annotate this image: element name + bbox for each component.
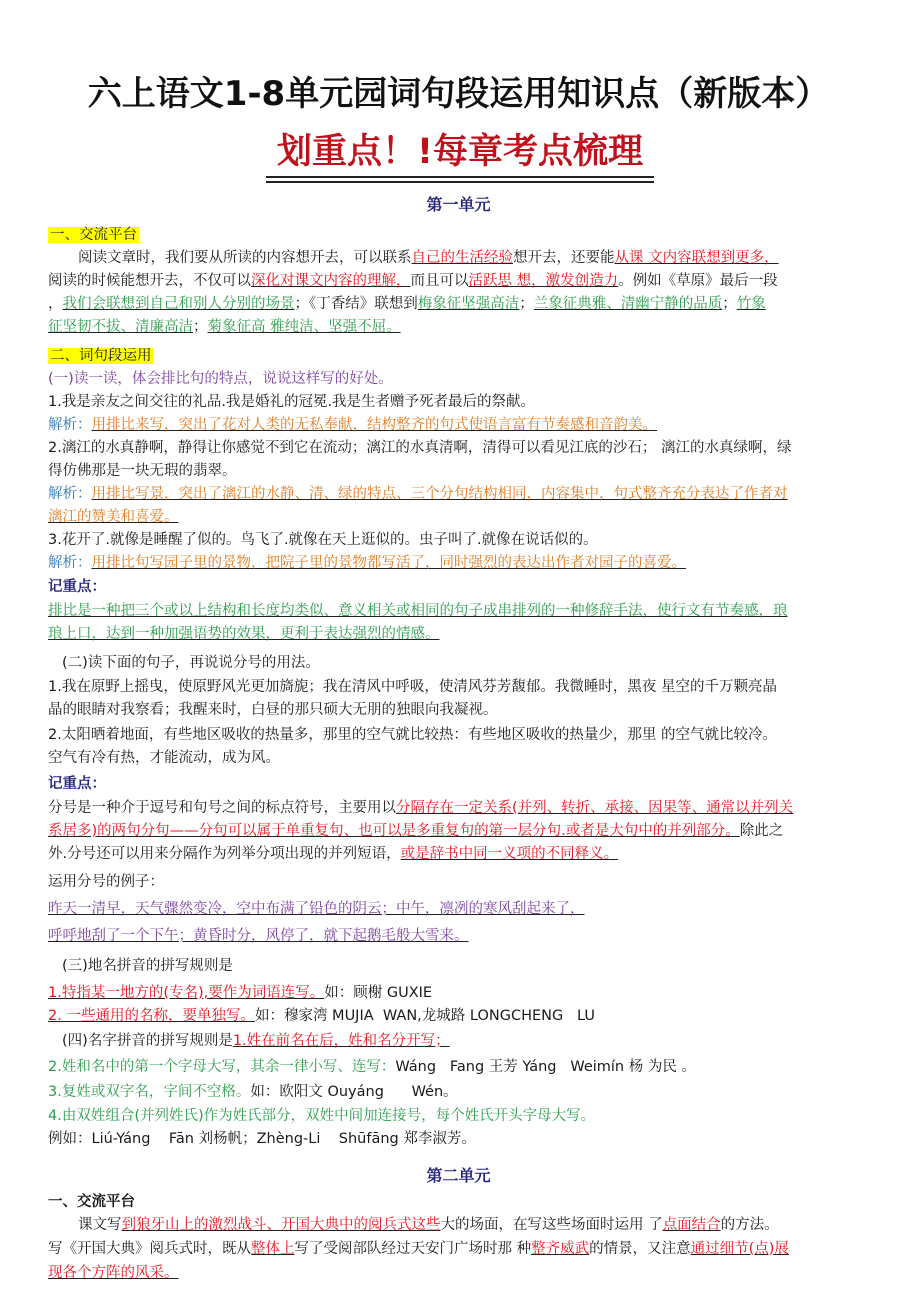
u1-s1-p3: ，我们会联想到自己和别人分别的场景；《丁香结》联想到梅象征坚强高洁；兰象征典雅、… — [48, 293, 870, 316]
key-point-1b: 琅上口，达到一种加强语势的效果，更利于表达强烈的情感。 — [48, 623, 870, 646]
unit1-heading: 第一单元 — [0, 192, 917, 215]
text: 写了受阅部队经过天安门广场时那 种 — [295, 1241, 532, 1257]
u2-s1-heading: 一、交流平台 — [48, 1191, 870, 1214]
highlight-text: 兰象征典雅、清幽宁静的品质 — [534, 296, 723, 312]
example-3: 3.花开了.就像是睡醒了似的。鸟飞了.就像在天上逛似的。虫子叫了.就像在说话似的… — [48, 529, 870, 552]
analysis-3: 解析：用排比句写园子里的景物，把院子里的景物都写活了，同时强烈的表达出作者对园子… — [48, 552, 870, 575]
text: 的方法。 — [721, 1217, 779, 1233]
u2-s1-p1: 课文写到狼牙山上的激烈战斗、开国大典中的阅兵式这些大的场面，在写这些场面时运用 … — [48, 1214, 870, 1237]
highlight-text: 到狼牙山上的激烈战斗、开国大典中的阅兵式这些 — [122, 1217, 441, 1233]
rule-example: 如：穆家湾 MUJIA WAN,龙城路 LONGCHENG LU — [255, 1008, 595, 1024]
key-point-2c: 外.分号还可以用来分隔作为列举分项出现的并列短语，或是辞书中同一义项的不同释义。 — [48, 843, 870, 866]
text: 课文写 — [78, 1217, 122, 1233]
highlight-text: 现各个方阵的风采。 — [48, 1265, 179, 1281]
text: 。例如《草原》最后一段 — [618, 273, 778, 289]
text: 写《开国大典》阅兵式时，既从 — [48, 1241, 251, 1257]
analysis-label: 解析： — [48, 486, 92, 502]
double-underline — [266, 176, 654, 183]
u1-s2-heading-line: 二、词句段运用 — [48, 345, 870, 368]
unit2-heading: 第二单元 — [0, 1163, 917, 1186]
u1-s1-heading: 一、交流平台 — [48, 227, 139, 243]
question-4: (四)名字拼音的拼写规则是1.姓在前名在后，姓和名分开写； — [48, 1030, 884, 1053]
key-point-1a: 排比是一种把三个或以上结构和长度均类似、意义相关或相同的句子成串排列的一种修辞手… — [48, 600, 870, 623]
text: 除此之 — [740, 823, 784, 839]
question-2: (二)读下面的句子，再说说分号的用法。 — [48, 652, 884, 675]
highlight-text: 自己的生活经验 — [412, 250, 514, 266]
highlight-text: 菊象征高 雅纯洁、坚强不屈。 — [208, 319, 401, 335]
semicolon-example-2a: 2.太阳晒着地面，有些地区吸收的热量多，那里的空气就比较热：有些地区吸收的热量少… — [48, 724, 870, 747]
name-rule-example: 例如：Liú-Yáng Fān 刘杨帆；Zhèng-Li Shūfāng 郑李淑… — [48, 1128, 870, 1151]
semicolon-usage-2: 呼呼地刮了一个下午；黄昏时分，风停了，就下起鹅毛般大雪来。 — [48, 925, 870, 948]
example-2b: 得仿佛那是一块无瑕的翡翠。 — [48, 460, 870, 483]
text: 阅读文章时，我们要从所读的内容想开去，可以联系 — [78, 250, 412, 266]
u1-s1-p4: 征坚韧不拔、清廉高洁；菊象征高 雅纯洁、坚强不屈。 — [48, 316, 870, 339]
semicolon-example-1b: 晶的眼睛对我察看；我醒来时，白昼的那只硕大无朋的独眼向我凝视。 — [48, 699, 870, 722]
highlight-text: 深化对课文内容的理解， — [251, 273, 411, 289]
name-rule-2: 2.姓和名中的第一个字母大写，其余一律小写、连写：Wáng Fang 王芳 Yá… — [48, 1056, 870, 1079]
example-1: 1.我是亲友之间交往的礼品.我是婚礼的冠冕.我是生者赠予死者最后的祭献。 — [48, 391, 870, 414]
rule-example: Wáng Fang 王芳 Yáng Weimín 杨 为民 。 — [395, 1059, 696, 1075]
example-text: 呼呼地刮了一个下午；黄昏时分，风停了，就下起鹅毛般大雪来。 — [48, 928, 469, 944]
highlight-text: 点面结合 — [663, 1217, 721, 1233]
highlight-text: 我们会联想到自己和别人分别的场景 — [63, 296, 295, 312]
highlight-text: 征坚韧不拔、清廉高洁 — [48, 319, 193, 335]
text: (四)名字拼音的拼写规则是 — [62, 1033, 233, 1049]
u1-s1-p1: 阅读文章时，我们要从所读的内容想开去，可以联系自己的生活经验想开去，还要能从课 … — [48, 247, 870, 270]
question-1: (一)读一读，体会排比句的特点，说说这样写的好处。 — [48, 368, 870, 391]
key-point-2a: 分号是一种介于逗号和句号之间的标点符号，主要用以分隔存在一定关系(并列、转折、承… — [48, 797, 870, 820]
text: ；《丁香结》联想到 — [295, 296, 418, 312]
highlight-text: 整体上 — [251, 1241, 295, 1257]
key-point-label-2: 记重点： — [48, 773, 870, 796]
page-subtitle: 划重点！!每章考点梳理 — [266, 130, 654, 174]
page-title: 六上语文1-8单元园词句段运用知识点（新版本） — [0, 66, 917, 115]
semicolon-example-2b: 空气有冷有热，才能流动，成为风。 — [48, 747, 870, 770]
analysis-2b: 漓江的赞美和喜爱。 — [48, 506, 870, 529]
text: 大的场面，在写这些场面时运用 了 — [441, 1217, 663, 1233]
analysis-text: 用排比来写，突出了花对人类的无私奉献，结构整齐的句式使语言富有节奏感和音韵美。 — [92, 417, 658, 433]
highlight-text: 从课 文内容联想到更多， — [615, 250, 779, 266]
highlight-text: 活跃思 想，激发创造力 — [469, 273, 619, 289]
semicolon-usage-label: 运用分号的例子： — [48, 871, 870, 894]
name-rule-3: 3.复姓或双字名，字间不空格。如：欧阳文 Ouyáng Wén。 — [48, 1081, 870, 1104]
example-text: 昨天一清早，天气骤然变冷，空中布满了铅色的阴云；中午，凛冽的寒风刮起来了， — [48, 901, 585, 917]
key-point-label-1: 记重点： — [48, 576, 870, 599]
rule-text: 2.姓和名中的第一个字母大写，其余一律小写、连写： — [48, 1059, 395, 1075]
key-point-text: 排比是一种把三个或以上结构和长度均类似、意义相关或相同的句子成串排列的一种修辞手… — [48, 603, 788, 619]
analysis-label: 解析： — [48, 555, 92, 571]
place-rule-2: 2. 一些通用的名称，要单独写。如：穆家湾 MUJIA WAN,龙城路 LONG… — [48, 1005, 870, 1028]
highlight-text: 或是辞书中同一义项的不同释义。 — [401, 846, 619, 862]
place-rule-1: 1.特指某一地方的(专名),要作为词语连写。如：顾榭 GUXIE — [48, 982, 870, 1005]
text: 外.分号还可以用来分隔作为列举分项出现的并列短语， — [48, 846, 401, 862]
name-rule-4: 4.由双姓组合(并列姓氏)作为姓氏部分，双姓中间加连接号，每个姓氏开头字母大写。 — [48, 1105, 870, 1128]
highlight-text: 系居多)的两句分句——分句可以属于单重复句、也可以是多重复句的第一层分句.或者是… — [48, 823, 740, 839]
rule-example: 如：欧阳文 Ouyáng Wén。 — [250, 1084, 457, 1100]
rule-text: 1.特指某一地方的(专名),要作为词语连写。 — [48, 985, 324, 1001]
analysis-text: 用排比句写园子里的景物，把院子里的景物都写活了，同时强烈的表达出作者对园子的喜爱… — [92, 555, 687, 571]
highlight-text: 竹象 — [737, 296, 766, 312]
analysis-text: 漓江的赞美和喜爱。 — [48, 509, 179, 525]
text: 分号是一种介于逗号和句号之间的标点符号，主要用以 — [48, 800, 396, 816]
u1-s1-heading-line: 一、交流平台 — [48, 224, 870, 247]
question-3: (三)地名拼音的拼写规则是 — [48, 955, 884, 978]
text: ； — [519, 296, 534, 312]
rule-text: 1.姓在前名在后，姓和名分开写； — [233, 1033, 450, 1049]
text: ， — [48, 296, 63, 312]
text: 的情景，又注意 — [589, 1241, 691, 1257]
analysis-2a: 解析：用排比写景，突出了漓江的水静、清、绿的特点、三个分句结构相同，内容集中，句… — [48, 483, 870, 506]
u1-s2-heading: 二、词句段运用 — [48, 348, 154, 364]
u1-s1-p2: 阅读的时候能想开去，不仅可以深化对课文内容的理解，而且可以活跃思 想，激发创造力… — [48, 270, 870, 293]
example-2a: 2.漓江的水真静啊，静得让你感觉不到它在流动；漓江的水真清啊，清得可以看见江底的… — [48, 437, 870, 460]
analysis-1: 解析：用排比来写，突出了花对人类的无私奉献，结构整齐的句式使语言富有节奏感和音韵… — [48, 414, 870, 437]
text: ； — [193, 319, 208, 335]
highlight-text: 整齐威武 — [531, 1241, 589, 1257]
u2-s1-p2: 写《开国大典》阅兵式时，既从整体上写了受阅部队经过天安门广场时那 种整齐威武的情… — [48, 1238, 870, 1261]
semicolon-usage-1: 昨天一清早，天气骤然变冷，空中布满了铅色的阴云；中午，凛冽的寒风刮起来了， — [48, 898, 870, 921]
highlight-text: 通过细节(点)展 — [691, 1241, 789, 1257]
subtitle-block: 划重点！!每章考点梳理 — [266, 130, 654, 183]
rule-text: 2. 一些通用的名称，要单独写。 — [48, 1008, 255, 1024]
text: 阅读的时候能想开去，不仅可以 — [48, 273, 251, 289]
semicolon-example-1a: 1.我在原野上摇曳，使原野风光更加旖旎；我在清风中呼吸，使清风芬芳馥郁。我微睡时… — [48, 676, 870, 699]
key-point-text: 琅上口，达到一种加强语势的效果，更利于表达强烈的情感。 — [48, 626, 440, 642]
text: ； — [722, 296, 737, 312]
text: 想开去，还要能 — [513, 250, 615, 266]
rule-text: 3.复姓或双字名，字间不空格。 — [48, 1084, 250, 1100]
u2-s1-p3: 现各个方阵的风采。 — [48, 1262, 870, 1285]
text: 而且可以 — [411, 273, 469, 289]
highlight-text: 分隔存在一定关系(并列、转折、承接、因果等、通常以并列关 — [396, 800, 793, 816]
analysis-label: 解析： — [48, 417, 92, 433]
analysis-text: 用排比写景，突出了漓江的水静、清、绿的特点、三个分句结构相同，内容集中，句式整齐… — [92, 486, 788, 502]
highlight-text: 梅象征坚强高洁 — [418, 296, 520, 312]
rule-example: 如：顾榭 GUXIE — [324, 985, 432, 1001]
key-point-2b: 系居多)的两句分句——分句可以属于单重复句、也可以是多重复句的第一层分句.或者是… — [48, 820, 870, 843]
